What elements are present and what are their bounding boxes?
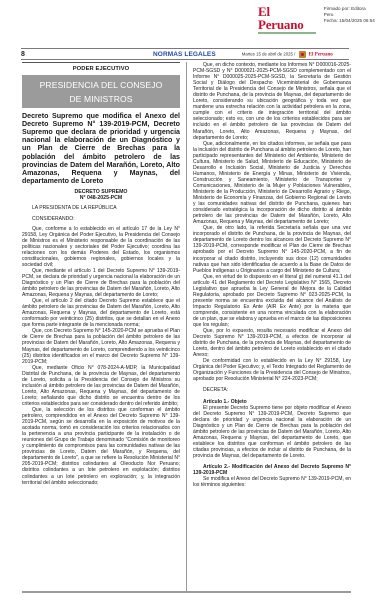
paragraph: Que, de otro lado, la referida Secretarí… bbox=[193, 225, 351, 273]
bottom-rule bbox=[22, 591, 351, 593]
section-name: NORMAS LEGALES bbox=[153, 51, 216, 58]
considering-label: CONSIDERANDO: bbox=[22, 216, 180, 222]
paragraph: Que, mediante el artículo 1 del Decreto … bbox=[22, 268, 180, 298]
article-1-text: El presente Decreto Supremo tiene por ob… bbox=[193, 405, 351, 459]
ministry-banner: PRESIDENCIA DEL CONSEJO DE MINISTROS bbox=[22, 75, 180, 108]
signed-by: Firmado por: Editora Peru bbox=[324, 6, 376, 18]
paragraph: De conformidad con lo establecido en la … bbox=[193, 358, 351, 382]
decreta-label: DECRETA: bbox=[193, 387, 351, 393]
el-peruano-logo: El Peruano bbox=[258, 5, 318, 34]
left-column: PODER EJECUTIVO PRESIDENCIA DEL CONSEJO … bbox=[22, 62, 180, 486]
branch-heading: PODER EJECUTIVO bbox=[22, 62, 180, 75]
decree-number: N° 048-2025-PCM bbox=[22, 196, 180, 202]
paper-name: El Peruano bbox=[309, 52, 333, 57]
paragraph: Que, en dicho contexto, mediante los Inf… bbox=[193, 62, 351, 141]
paragraph: Que, el artículo 2 del citado Decreto Su… bbox=[22, 298, 180, 328]
crest-icon bbox=[299, 51, 306, 58]
running-head: 8 NORMAS LEGALES Martes 15 de abril de 2… bbox=[21, 48, 349, 60]
paragraph: Que, conforme a lo establecido en el art… bbox=[22, 226, 180, 268]
paragraph: Que, la selección de los distritos que c… bbox=[22, 407, 180, 486]
page-number: 8 bbox=[21, 51, 41, 58]
paragraph: Que, en virtud de lo dispuesto en el lit… bbox=[193, 274, 351, 328]
paragraph: Que, mediante Oficio N° 078-2024-A-MDP, … bbox=[22, 365, 180, 407]
paragraph: Que, con Decreto Supremo N° 145-2020-PCM… bbox=[22, 328, 180, 364]
digital-signature: El Peruano Firmado por: Editora Peru Fec… bbox=[258, 5, 376, 34]
issue-date: Martes 15 de abril de 2025 / El Peruano bbox=[242, 51, 333, 58]
signature-text: Firmado por: Editora Peru Fecha: 15/04/2… bbox=[324, 6, 376, 24]
article-2-text: Se modifica el Anexo del Decreto Supremo… bbox=[193, 476, 351, 488]
paragraph: Que, adicionalmente, en los citados info… bbox=[193, 141, 351, 226]
signature-date: Fecha: 15/04/2025 06:54 bbox=[324, 18, 376, 24]
decree-title: Decreto Supremo que modifica el Anexo de… bbox=[22, 112, 180, 185]
article-2-heading: Artículo 2.- Modificación del Anexo del … bbox=[193, 464, 351, 476]
column-divider bbox=[186, 62, 187, 592]
issuer: LA PRESIDENTA DE LA REPÚBLICA bbox=[22, 205, 180, 211]
logo-underline bbox=[258, 32, 316, 34]
right-column: Que, en dicho contexto, mediante los Inf… bbox=[193, 62, 351, 488]
paragraph: Que, por lo expuesto, resulta necesario … bbox=[193, 328, 351, 358]
decree-header: DECRETO SUPREMO N° 048-2025-PCM bbox=[22, 190, 180, 202]
